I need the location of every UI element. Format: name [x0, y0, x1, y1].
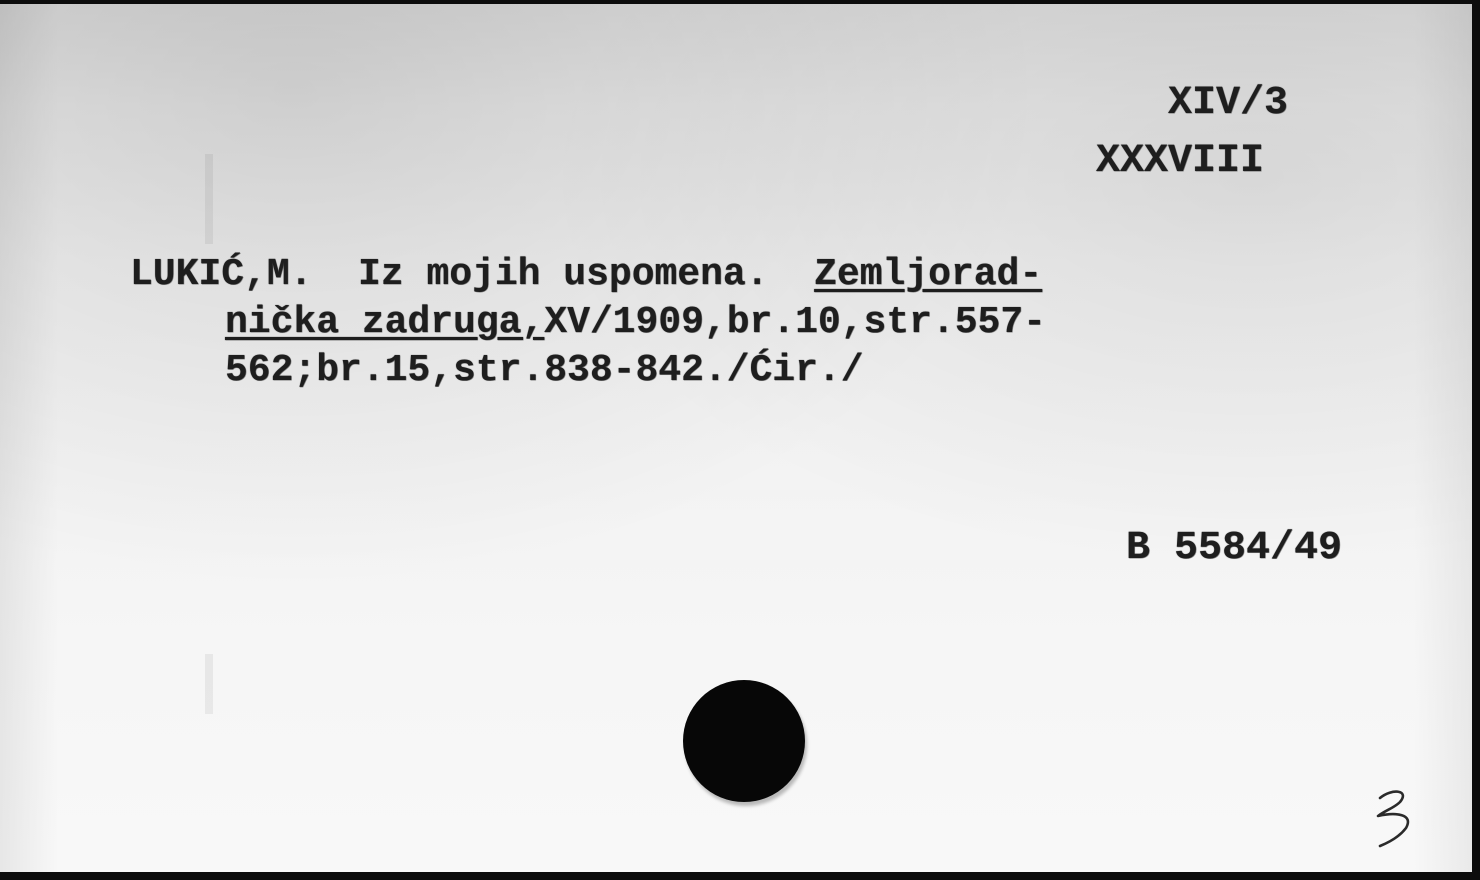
- journal-title-part-2: nička zadruga,: [225, 301, 544, 344]
- author-name: LUKIĆ,M.: [130, 253, 312, 296]
- catalog-card: XIV/3 XXXVIII LUKIĆ,M. Iz mojih uspomena…: [0, 4, 1472, 872]
- accession-number: B 5584/49: [1126, 527, 1342, 571]
- handwritten-numeral-icon: [1370, 784, 1430, 854]
- journal-title-part-1: Zemljorad-: [814, 253, 1042, 296]
- work-title: Iz mojih uspomena.: [358, 253, 768, 296]
- paper-crease: [205, 654, 213, 714]
- paper-crease: [205, 154, 213, 244]
- entry-line-1: LUKIĆ,M. Iz mojih uspomena. Zemljorad-: [130, 253, 1042, 297]
- classification-line-2: XXXVIII: [1096, 140, 1264, 184]
- classification-line-1: XIV/3: [1168, 82, 1288, 126]
- entry-line-3: 562;br.15,str.838-842./Ćir./: [225, 349, 864, 393]
- punch-hole-icon: [683, 680, 805, 802]
- entry-line-2: nička zadruga,XV/1909,br.10,str.557-: [225, 301, 1046, 345]
- volume-issue-pages: XV/1909,br.10,str.557-: [544, 301, 1046, 344]
